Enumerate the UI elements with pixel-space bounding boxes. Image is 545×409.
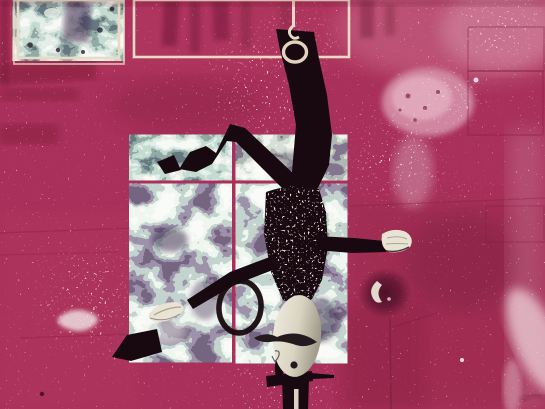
knothole-blob: [358, 268, 412, 318]
film-frame: [0, 0, 545, 409]
hat-white-stripe: [294, 389, 299, 409]
film-frame-canvas: [0, 0, 545, 409]
face-eye-dot: [290, 361, 297, 368]
top-edge-vignette: [0, 0, 545, 6]
knothole: [358, 268, 412, 318]
knothole-dot: [387, 297, 391, 301]
framed-picture: [14, 0, 124, 64]
picture-highlight: [44, 8, 60, 18]
picture-dark-streak: [62, 0, 91, 43]
